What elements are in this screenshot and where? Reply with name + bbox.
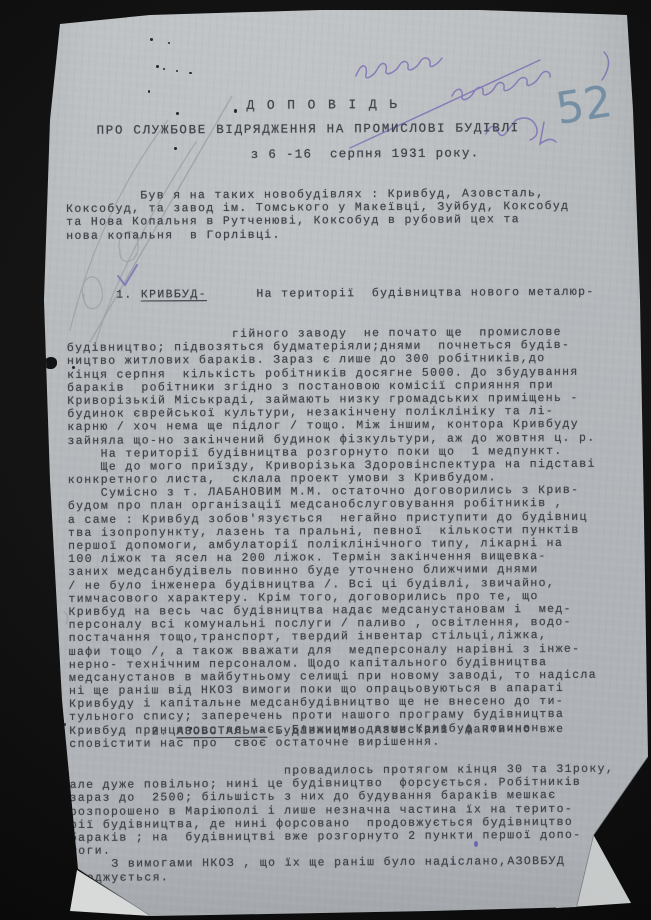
document-page: 52 Д О П О В І Д Ь ПРО СЛУЖБОВЕ ВІДРЯДЖЕ…	[0, 0, 651, 920]
section-1-number: 1.	[67, 289, 141, 302]
report-date-line: з 6 -16 серпня 1931 року.	[251, 146, 480, 161]
section-2-azovstal: 2. АЗОВСТАЛЬ.- Будівництво Азовсталі фак…	[69, 697, 615, 911]
section-1-heading-rest: На території будівництва нового металюр-	[207, 286, 595, 301]
intro-paragraph: Був я на таких новобудівлях : Кривбуд, А…	[66, 187, 570, 243]
section-2-number: 2.	[69, 726, 176, 740]
section-1-heading: 1. КРИВБУД- На території будівництва нов…	[67, 286, 595, 302]
text-line: згоджується.	[70, 868, 615, 885]
section-2-heading-rest: Будівництво Азовсталі фактично вже	[267, 723, 564, 738]
report-subtitle: ПРО СЛУЖБОВЕ ВІДРЯДЖЕННЯ НА ПРОМИСЛОВІ Б…	[97, 121, 520, 138]
photo-backdrop: 52 Д О П О В І Д Ь ПРО СЛУЖБОВЕ ВІДРЯДЖЕ…	[0, 0, 651, 920]
section-2-heading: 2. АЗОВСТАЛЬ.- Будівництво Азовсталі фак…	[69, 723, 614, 740]
section-2-body: провадилось протягом кінця 30 та 31року,…	[69, 763, 614, 885]
report-title: Д О П О В І Д Ь	[246, 97, 399, 113]
text-line: нова копальня в Горлівці.	[66, 226, 569, 242]
punch-hole	[40, 595, 53, 607]
section-2-title: АЗОВСТАЛЬ.-	[176, 725, 267, 739]
section-1-body: гійного заводу не почато ще промисловебу…	[67, 326, 598, 751]
section-1-title: КРИВБУД-	[141, 289, 207, 302]
typewritten-text-layer: Д О П О В І Д Ь ПРО СЛУЖБОВЕ ВІДРЯДЖЕННЯ…	[0, 0, 651, 920]
